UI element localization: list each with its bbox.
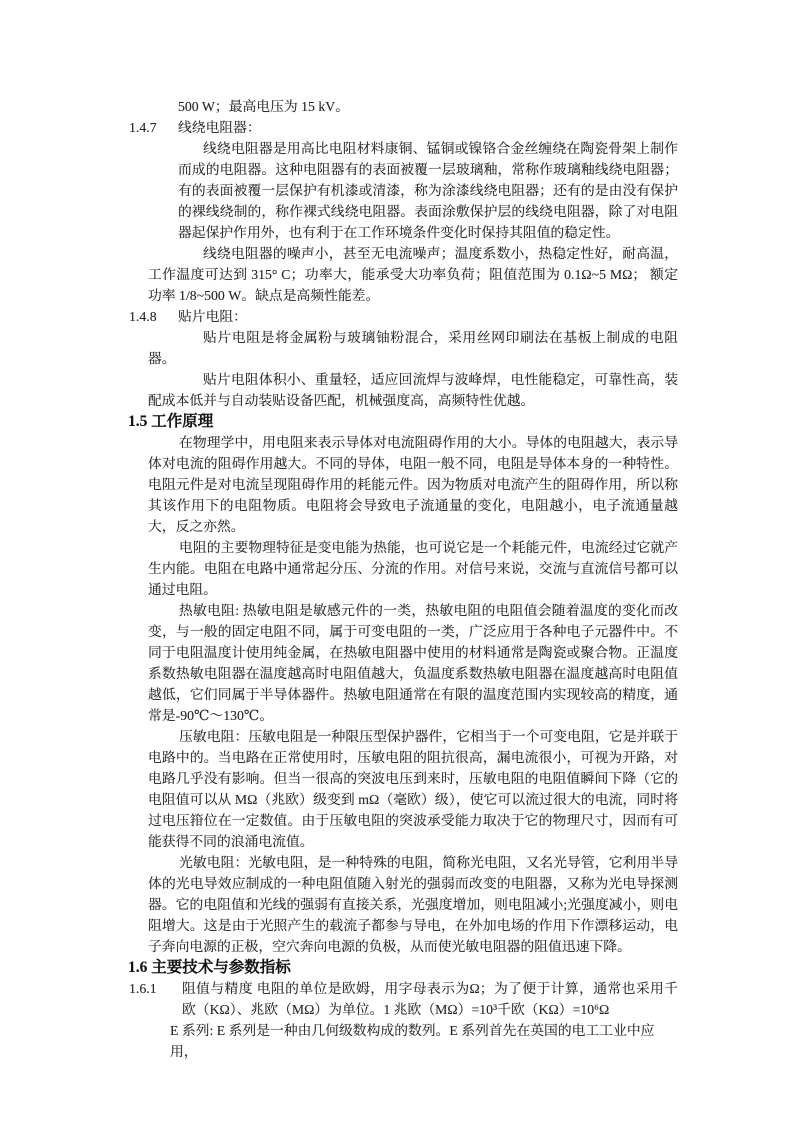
- numbered-item-1-6-1: 1.6.1 阻值与精度 电阻的单位是欧姆，用字母表示为Ω；为了便于计算，通常也采…: [129, 978, 800, 1020]
- numbered-item-1-4-7: 1.4.7线绕电阻器：: [129, 117, 800, 138]
- item-number: 1.4.7: [129, 117, 178, 138]
- paragraph-chip-description: 贴片电阻是将金属粉与玻璃铀粉混合，采用丝网印刷法在基板上制成的电阻器。: [148, 327, 678, 369]
- carryover-line: 500 W；最高电压为 15 kV。: [178, 96, 800, 117]
- paragraph-wirewound-description: 线绕电阻器是用高比电阻材料康铜、锰铜或镍铬合金丝缠绕在陶瓷骨架上制作而成的电阻器…: [178, 138, 678, 243]
- paragraph-chip-characteristics: 贴片电阻体积小、重量轻，适应回流焊与波峰焊，电性能稳定，可靠性高，装配成本低并与…: [148, 369, 678, 411]
- paragraph-photoresistor: 光敏电阻：光敏电阻，是一种特殊的电阻，简称光电阻，又名光导管，它利用半导体的光电…: [148, 852, 678, 957]
- paragraph-physical-characteristics: 电阻的主要物理特征是变电能为热能，也可说它是一个耗能元件，电流经过它就产生内能。…: [148, 537, 678, 600]
- paragraph-physics-definition: 在物理学中，用电阻来表示导体对电流阻碍作用的大小。导体的电阻越大，表示导体对电流…: [148, 432, 678, 537]
- paragraph-e-series: E 系列: E 系列是一种由几何级数构成的数列。E 系列首先在英国的电工工业中应…: [170, 1020, 680, 1062]
- section-heading-1-5: 1.5 工作原理: [128, 411, 800, 432]
- paragraph-thermistor: 热敏电阻: 热敏电阻是敏感元件的一类，热敏电阻的电阻值会随着温度的变化而改变，与…: [148, 600, 678, 726]
- item-number: 1.6.1: [129, 978, 182, 1020]
- paragraph-varistor: 压敏电阻：压敏电阻是一种限压型保护器件，它相当于一个可变电阻，它是并联于电路中的…: [148, 726, 678, 852]
- item-number: 1.4.8: [129, 306, 178, 327]
- item-title: 贴片电阻：: [178, 309, 247, 324]
- document-page: 500 W；最高电压为 15 kV。 1.4.7线绕电阻器： 线绕电阻器是用高比…: [0, 0, 800, 1133]
- paragraph-wirewound-characteristics: 线绕电阻器的噪声小，甚至无电流噪声；温度系数小，热稳定性好，耐高温，工作温度可达…: [148, 243, 678, 306]
- item-title: 线绕电阻器：: [178, 120, 261, 135]
- item-text: 阻值与精度 电阻的单位是欧姆，用字母表示为Ω；为了便于计算，通常也采用千欧（KΩ…: [182, 978, 678, 1020]
- document-content: 500 W；最高电压为 15 kV。 1.4.7线绕电阻器： 线绕电阻器是用高比…: [0, 0, 800, 1062]
- numbered-item-1-4-8: 1.4.8贴片电阻：: [129, 306, 800, 327]
- section-heading-1-6: 1.6 主要技术与参数指标: [128, 957, 800, 978]
